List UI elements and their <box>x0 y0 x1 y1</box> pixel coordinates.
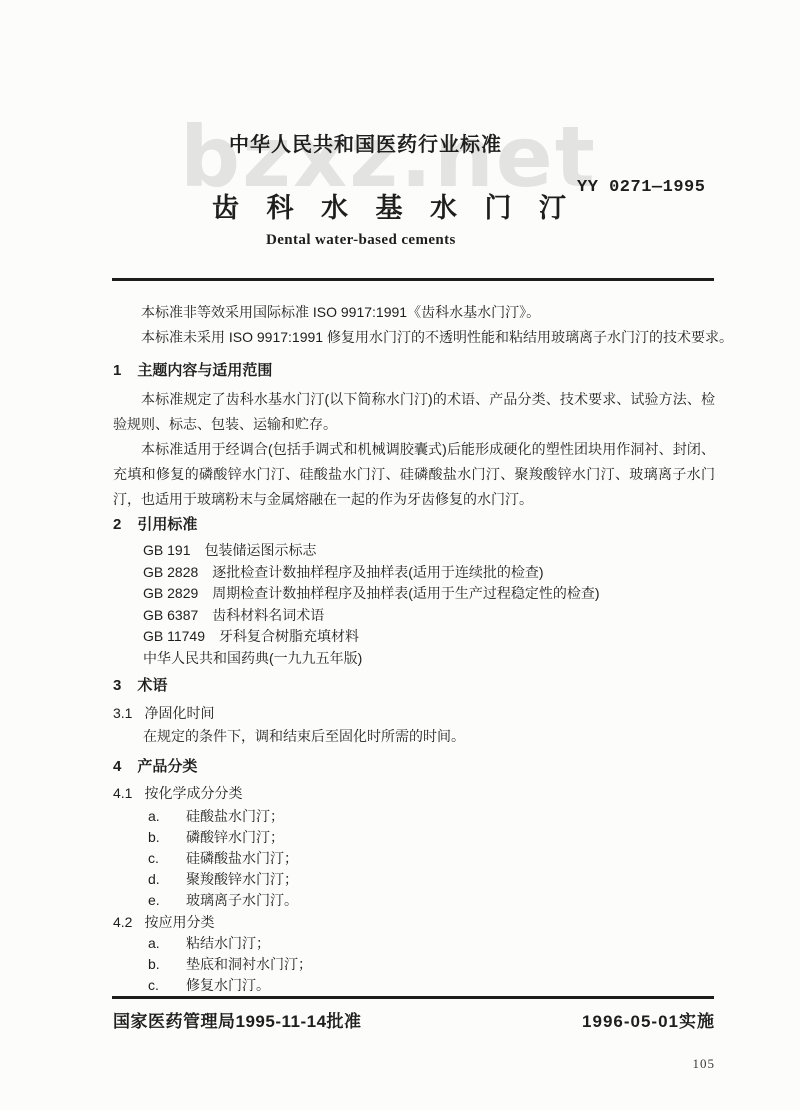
list-item: a.粘结水门汀； <box>113 933 715 954</box>
reference-title: 中华人民共和国药典(一九九五年版) <box>143 648 362 670</box>
list-item-label: b. <box>148 827 186 848</box>
document-page: bzxz.net 中华人民共和国医药行业标准 YY 0271—1995 齿 科 … <box>0 0 800 1110</box>
list-item-text: 硅酸盐水门汀； <box>186 806 284 827</box>
section-1-paragraph-1: 本标准规定了齿科水基水门汀(以下简称水门汀)的术语、产品分类、技术要求、试验方法… <box>113 387 715 437</box>
reference-item: 中华人民共和国药典(一九九五年版) <box>113 648 715 670</box>
document-title-english: Dental water-based cements <box>266 230 800 250</box>
list-item-label: a. <box>148 806 186 827</box>
list-item-text: 硅磷酸盐水门汀； <box>186 848 298 869</box>
list-item-text: 修复水门汀。 <box>186 975 270 996</box>
list-item-label: e. <box>148 890 186 911</box>
clause-4-1-title: 按化学成分分类 <box>144 785 242 801</box>
reference-title: 牙科复合树脂充填材料 <box>219 626 359 648</box>
clause-4-2-title: 按应用分类 <box>144 914 214 930</box>
classification-list-application: a.粘结水门汀； b.垫底和洞衬水门汀； c.修复水门汀。 <box>113 933 715 996</box>
implementation-date: 1996-05-01实施 <box>582 1007 715 1032</box>
section-2-heading: 2引用标准 <box>113 512 715 537</box>
reference-title: 逐批检查计数抽样程序及抽样表(适用于连续批的检查) <box>212 562 543 584</box>
clause-4-1-number: 4.1 <box>113 782 132 804</box>
reference-item: GB 2828逐批检查计数抽样程序及抽样表(适用于连续批的检查) <box>113 562 715 584</box>
reference-item: GB 191包装储运图示标志 <box>113 540 715 562</box>
clause-4-1-heading: 4.1按化学成分分类 <box>113 782 715 804</box>
clause-4-2-number: 4.2 <box>113 911 132 933</box>
reference-code: GB 2829 <box>143 583 198 605</box>
section-1-number: 1 <box>113 358 121 383</box>
list-item-label: d. <box>148 869 186 890</box>
clause-3-1-title: 净固化时间 <box>144 705 214 721</box>
list-item-label: a. <box>148 933 186 954</box>
reference-title: 周期检查计数抽样程序及抽样表(适用于生产过程稳定性的检查) <box>212 583 599 605</box>
reference-list: GB 191包装储运图示标志 GB 2828逐批检查计数抽样程序及抽样表(适用于… <box>113 540 715 669</box>
clause-3-1-heading: 3.1净固化时间 <box>113 702 715 724</box>
list-item: c.硅磷酸盐水门汀； <box>113 848 715 869</box>
preamble-line-1: 本标准非等效采用国际标准 ISO 9917:1991《齿科水基水门汀》。 <box>113 300 715 325</box>
section-2-title: 引用标准 <box>137 516 197 533</box>
approval-statement: 国家医药管理局1995-11-14批准 <box>113 1007 362 1032</box>
document-footer: 国家医药管理局1995-11-14批准 1996-05-01实施 <box>113 999 715 1032</box>
standard-header: 中华人民共和国医药行业标准 YY 0271—1995 齿 科 水 基 水 门 汀… <box>0 0 800 250</box>
list-item: b.垫底和洞衬水门汀； <box>113 954 715 975</box>
list-item-label: b. <box>148 954 186 975</box>
reference-code: GB 191 <box>143 540 190 562</box>
section-1-title: 主题内容与适用范围 <box>137 362 272 379</box>
section-1-heading: 1主题内容与适用范围 <box>113 358 715 383</box>
preamble-line-2: 本标准未采用 ISO 9917:1991 修复用水门汀的不透明性能和粘结用玻璃离… <box>113 325 715 350</box>
section-4-title: 产品分类 <box>137 758 197 775</box>
page-number: 105 <box>0 1056 715 1072</box>
list-item: a.硅酸盐水门汀； <box>113 806 715 827</box>
document-body: 本标准非等效采用国际标准 ISO 9917:1991《齿科水基水门汀》。 本标准… <box>113 281 715 996</box>
list-item: c.修复水门汀。 <box>113 975 715 996</box>
section-3-title: 术语 <box>137 677 167 694</box>
reference-item: GB 11749牙科复合树脂充填材料 <box>113 626 715 648</box>
section-4-number: 4 <box>113 754 121 779</box>
reference-item: GB 2829周期检查计数抽样程序及抽样表(适用于生产过程稳定性的检查) <box>113 583 715 605</box>
section-1-paragraph-2: 本标准适用于经调合(包括手调式和机械调胶囊式)后能形成硬化的塑性团块用作洞衬、封… <box>113 437 715 512</box>
reference-code: GB 11749 <box>143 626 205 648</box>
list-item: d.聚羧酸锌水门汀； <box>113 869 715 890</box>
reference-code: GB 6387 <box>143 605 198 627</box>
reference-title: 包装储运图示标志 <box>204 540 316 562</box>
classification-list-chemical: a.硅酸盐水门汀； b.磷酸锌水门汀； c.硅磷酸盐水门汀； d.聚羧酸锌水门汀… <box>113 806 715 911</box>
list-item-label: c. <box>148 848 186 869</box>
list-item: e.玻璃离子水门汀。 <box>113 890 715 911</box>
standard-type-title: 中华人民共和国医药行业标准 <box>229 133 800 157</box>
reference-code: GB 2828 <box>143 562 198 584</box>
standard-number: YY 0271—1995 <box>577 178 705 197</box>
clause-4-2-heading: 4.2按应用分类 <box>113 911 715 933</box>
list-item: b.磷酸锌水门汀； <box>113 827 715 848</box>
section-3-heading: 3术语 <box>113 673 715 698</box>
list-item-text: 磷酸锌水门汀； <box>186 827 284 848</box>
clause-3-1-definition: 在规定的条件下，调和结束后至固化时所需的时间。 <box>113 724 715 748</box>
reference-item: GB 6387齿科材料名词术语 <box>113 605 715 627</box>
section-2-number: 2 <box>113 512 121 537</box>
document-title-chinese: 齿 科 水 基 水 门 汀 <box>212 193 800 223</box>
section-4-heading: 4产品分类 <box>113 754 715 779</box>
list-item-text: 玻璃离子水门汀。 <box>186 890 298 911</box>
reference-title: 齿科材料名词术语 <box>212 605 324 627</box>
clause-3-1-number: 3.1 <box>113 702 132 724</box>
list-item-text: 聚羧酸锌水门汀； <box>186 869 298 890</box>
list-item-text: 粘结水门汀； <box>186 933 270 954</box>
list-item-text: 垫底和洞衬水门汀； <box>186 954 312 975</box>
list-item-label: c. <box>148 975 186 996</box>
section-3-number: 3 <box>113 673 121 698</box>
